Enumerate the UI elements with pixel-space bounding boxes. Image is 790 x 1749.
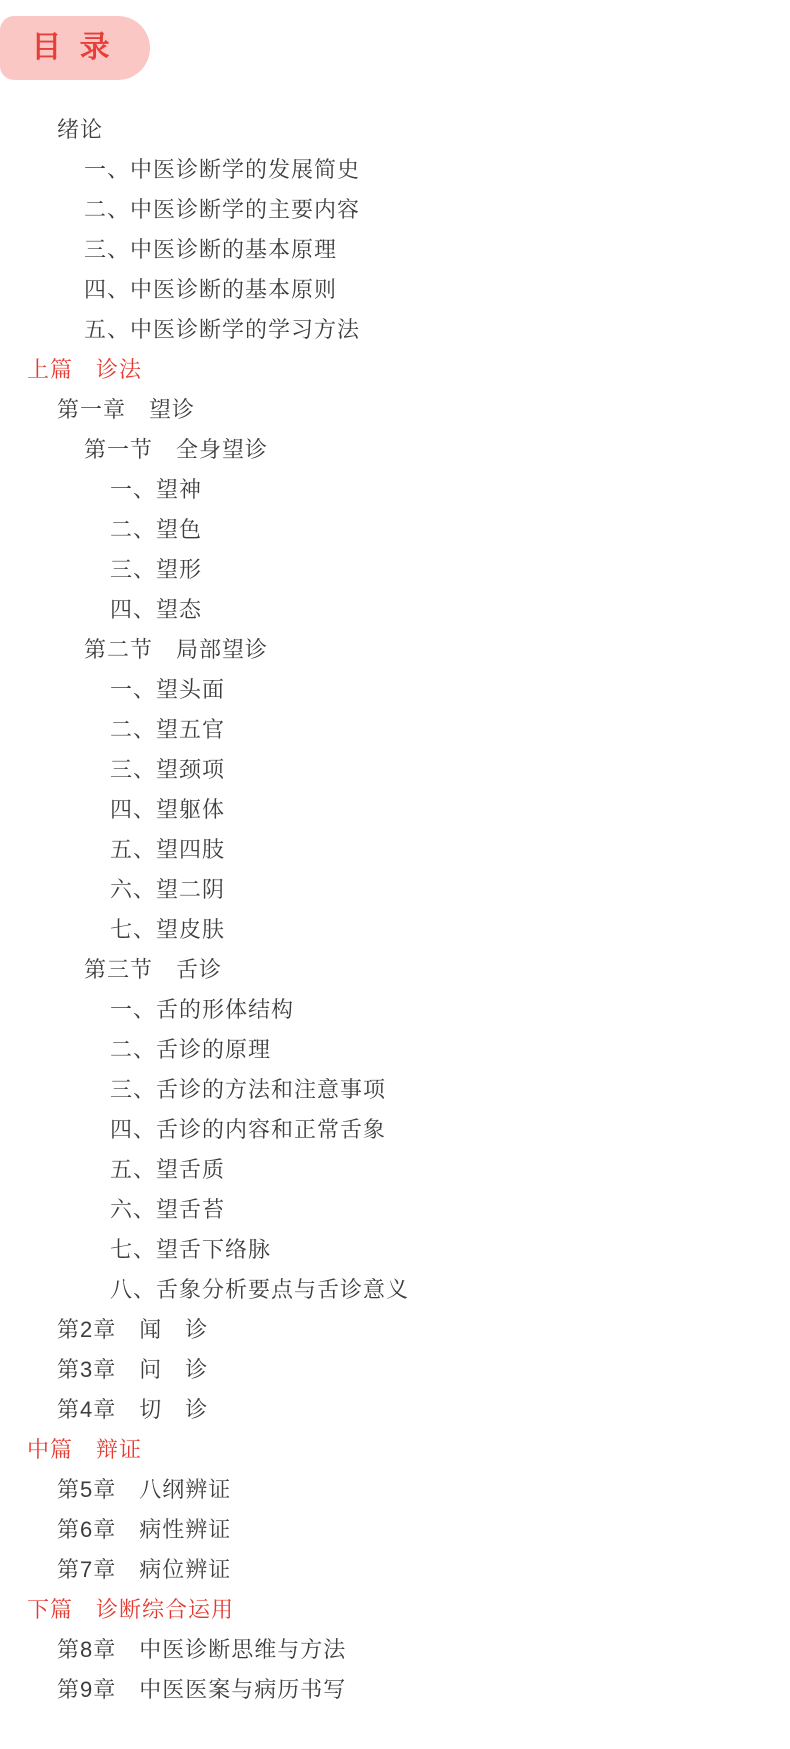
toc-part-heading: 中篇 辩证 (0, 1430, 790, 1470)
toc-entry: 四、中医诊断的基本原则 (0, 270, 790, 310)
toc-title-badge: 目 录 (0, 16, 150, 80)
toc-entry: 四、舌诊的内容和正常舌象 (0, 1110, 790, 1150)
toc-entry: 五、中医诊断学的学习方法 (0, 310, 790, 350)
toc-entry: 第7章 病位辨证 (0, 1550, 790, 1590)
toc-entry: 第4章 切 诊 (0, 1390, 790, 1430)
toc-entry: 二、舌诊的原理 (0, 1030, 790, 1070)
toc-entry: 五、望舌质 (0, 1150, 790, 1190)
toc-entry: 一、望头面 (0, 670, 790, 710)
toc-entry: 五、望四肢 (0, 830, 790, 870)
toc-entry: 六、望舌苔 (0, 1190, 790, 1230)
toc-entry: 第3章 问 诊 (0, 1350, 790, 1390)
toc-entry: 第二节 局部望诊 (0, 630, 790, 670)
toc-entry: 六、望二阴 (0, 870, 790, 910)
toc-entry: 第8章 中医诊断思维与方法 (0, 1630, 790, 1670)
toc-entry: 三、中医诊断的基本原理 (0, 230, 790, 270)
toc-entry: 一、中医诊断学的发展简史 (0, 150, 790, 190)
toc-entry: 三、舌诊的方法和注意事项 (0, 1070, 790, 1110)
toc-entry: 第一节 全身望诊 (0, 430, 790, 470)
toc-entry: 绪论 (0, 110, 790, 150)
toc-entry: 二、望五官 (0, 710, 790, 750)
toc-entry: 四、望躯体 (0, 790, 790, 830)
toc-entry: 二、中医诊断学的主要内容 (0, 190, 790, 230)
toc-entry: 第一章 望诊 (0, 390, 790, 430)
toc-list: 绪论一、中医诊断学的发展简史二、中医诊断学的主要内容三、中医诊断的基本原理四、中… (0, 110, 790, 1710)
toc-entry: 第9章 中医医案与病历书写 (0, 1670, 790, 1710)
toc-part-heading: 上篇 诊法 (0, 350, 790, 390)
toc-entry: 一、望神 (0, 470, 790, 510)
toc-title: 目 录 (31, 33, 114, 63)
toc-entry: 二、望色 (0, 510, 790, 550)
toc-entry: 第三节 舌诊 (0, 950, 790, 990)
toc-entry: 七、望舌下络脉 (0, 1230, 790, 1270)
toc-part-heading: 下篇 诊断综合运用 (0, 1590, 790, 1630)
toc-entry: 第5章 八纲辨证 (0, 1470, 790, 1510)
toc-entry: 一、舌的形体结构 (0, 990, 790, 1030)
toc-entry: 三、望形 (0, 550, 790, 590)
toc-entry: 第6章 病性辨证 (0, 1510, 790, 1550)
toc-page: 目 录 绪论一、中医诊断学的发展简史二、中医诊断学的主要内容三、中医诊断的基本原… (0, 0, 790, 1749)
toc-entry: 第2章 闻 诊 (0, 1310, 790, 1350)
toc-entry: 三、望颈项 (0, 750, 790, 790)
toc-entry: 四、望态 (0, 590, 790, 630)
toc-entry: 八、舌象分析要点与舌诊意义 (0, 1270, 790, 1310)
toc-entry: 七、望皮肤 (0, 910, 790, 950)
